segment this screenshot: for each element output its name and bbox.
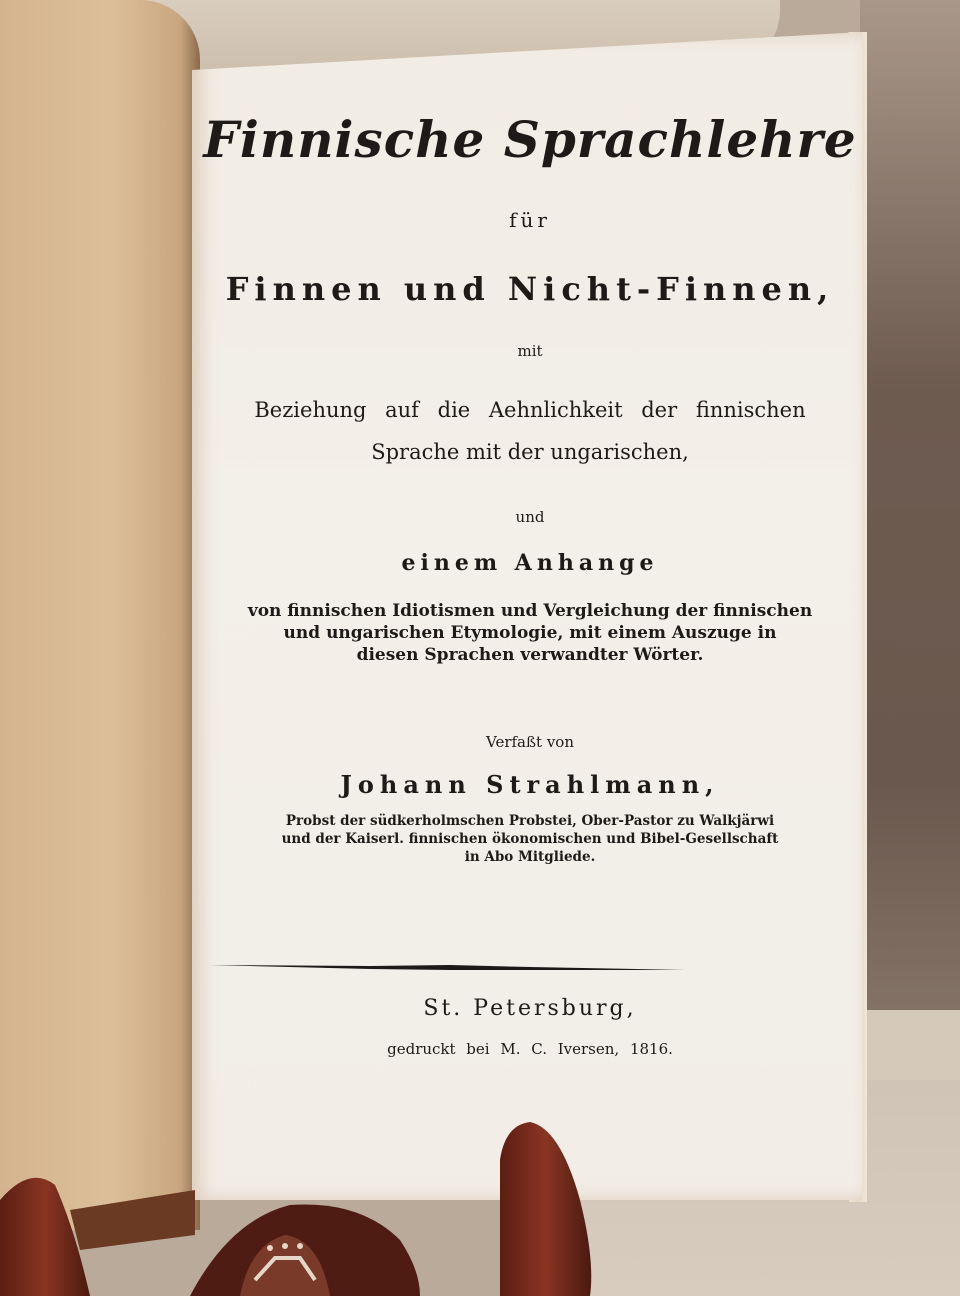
photo-scene: Finnische Sprachlehre für Finnen und Nic…	[0, 0, 960, 1296]
